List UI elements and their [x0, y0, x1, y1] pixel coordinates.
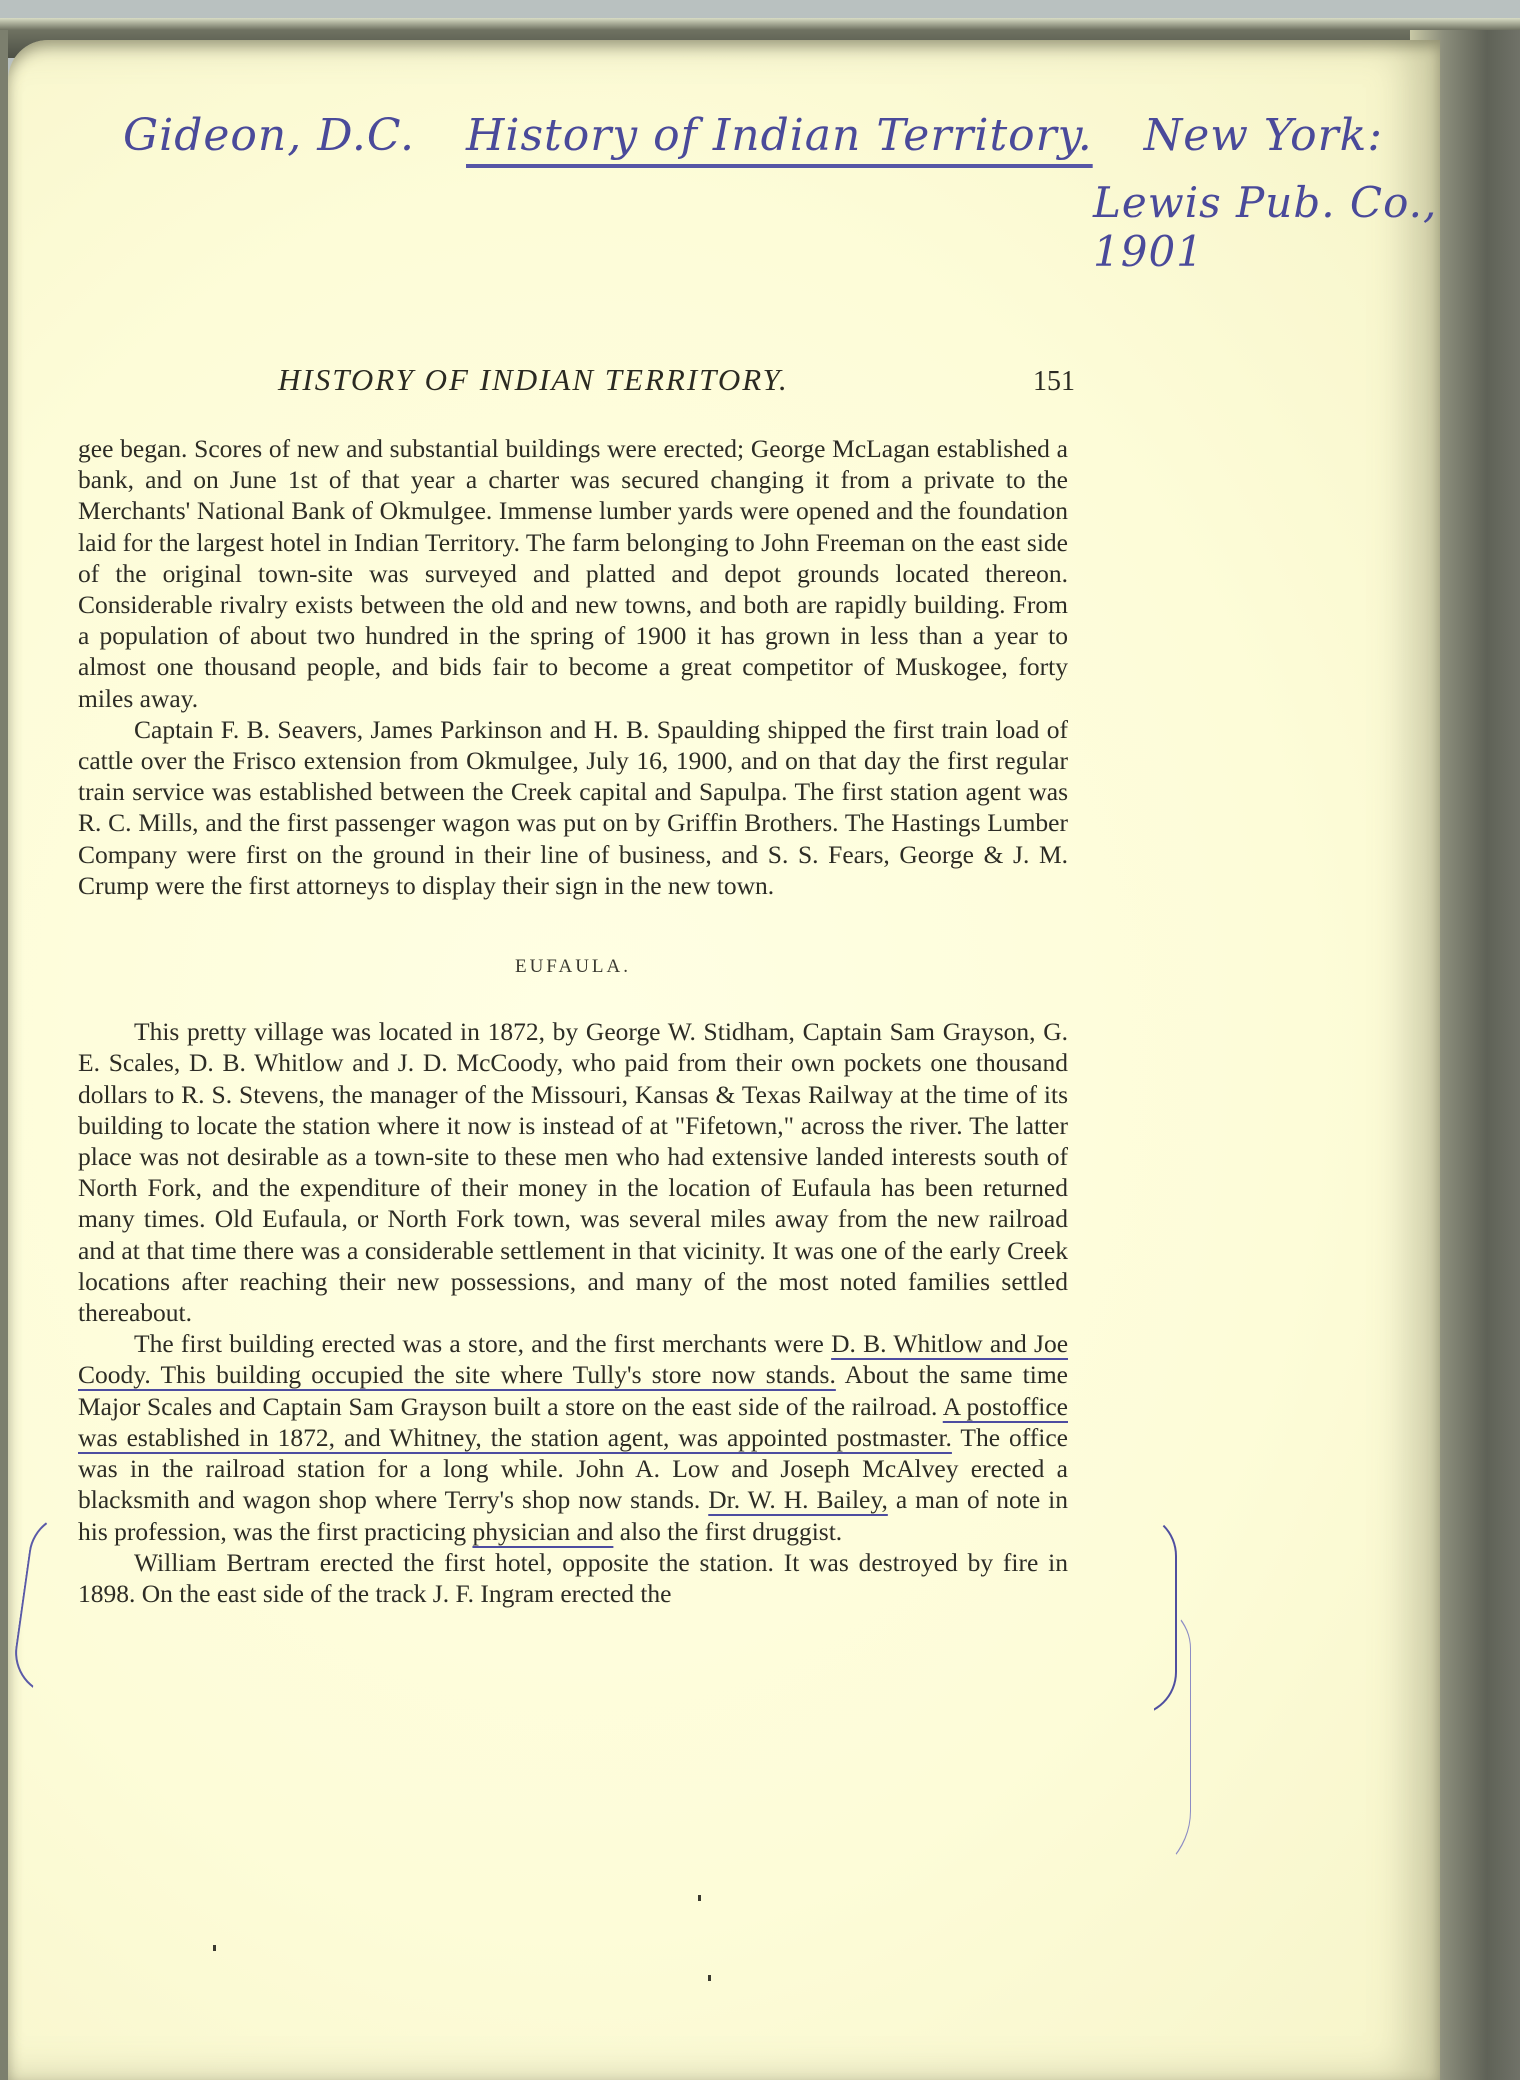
sentence: also the first druggist.	[620, 1517, 842, 1546]
paper-speck	[698, 1895, 701, 1901]
running-header: HISTORY OF INDIAN TERRITORY.	[278, 362, 1098, 398]
pen-underlined-text: physician and	[472, 1517, 613, 1546]
pen-bracket-left	[9, 1508, 78, 1696]
scanned-page: Gideon, D.C. History of Indian Territory…	[0, 0, 1520, 2080]
scan-left-shadow	[0, 30, 8, 2080]
handwritten-title: History of Indian Territory.	[466, 110, 1093, 161]
sentence: The first building erected was a store, …	[134, 1329, 824, 1358]
paragraph-eufaula-first-buildings: The first building erected was a store, …	[78, 1328, 1068, 1546]
handwritten-place: New York:	[1144, 110, 1383, 161]
handwritten-citation-line1: Gideon, D.C. History of Indian Territory…	[123, 110, 1419, 161]
paper-speck	[213, 1945, 216, 1951]
paragraph-eufaula-hotel: William Bertram erected the first hotel,…	[78, 1547, 1068, 1609]
page-number: 151	[1033, 366, 1075, 398]
pen-underlined-text: Dr. W. H. Bailey,	[708, 1485, 888, 1514]
paper-speck	[708, 1975, 711, 1981]
paragraph-okmulgee-growth: gee began. Scores of new and substantial…	[78, 433, 1068, 714]
book-page: Gideon, D.C. History of Indian Territory…	[8, 40, 1440, 2080]
handwritten-author: Gideon, D.C.	[123, 110, 415, 161]
paragraph-eufaula-founding: This pretty village was located in 1872,…	[78, 1016, 1068, 1328]
paragraph-okmulgee-railroad: Captain F. B. Seavers, James Parkinson a…	[78, 714, 1068, 901]
section-heading-eufaula: EUFAULA.	[78, 951, 1068, 982]
pen-bracket-right-faint	[1118, 1600, 1191, 1884]
handwritten-publisher: Lewis Pub. Co., 1901	[1093, 178, 1440, 276]
body-text: gee began. Scores of new and substantial…	[78, 433, 1068, 1609]
